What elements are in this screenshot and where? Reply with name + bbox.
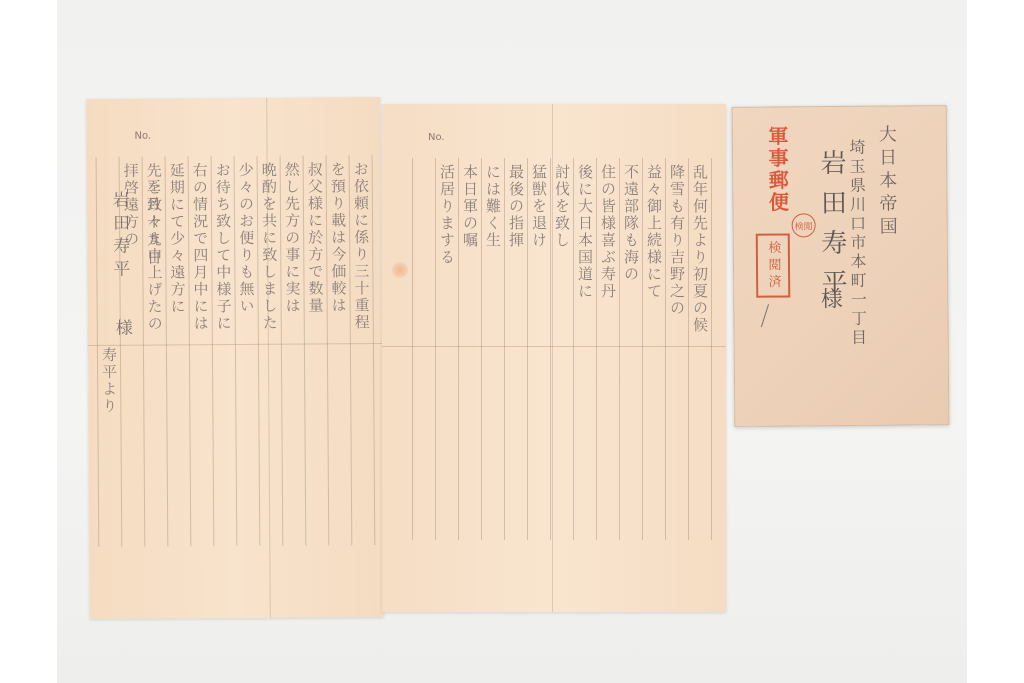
- letter-line: 乱年何先より初夏の候: [691, 164, 709, 334]
- letter-line: 寿平より: [100, 347, 118, 415]
- letter-honorific: 様: [110, 319, 135, 342]
- page-number: No.: [134, 131, 151, 142]
- recipient-honorific: 様: [814, 287, 845, 323]
- page-number: No.: [428, 132, 445, 143]
- letter-line: お待ち致して中様子に: [214, 162, 233, 332]
- pencil-mark: [761, 304, 769, 327]
- letter-line: には難く生: [484, 164, 502, 249]
- letter-line: 右の情況で四月中には: [191, 162, 210, 332]
- censor-stamp: 検閲済: [756, 233, 791, 297]
- letter-line: 住の皆様喜ぶ寿丹: [599, 164, 617, 300]
- paper-stain: [392, 262, 408, 278]
- letter-date: 三月十九日: [143, 179, 164, 269]
- letter-line: 延期にて少々遠方に: [168, 162, 187, 315]
- letter-line: 叔父様に於方で数量: [306, 161, 325, 314]
- military-mail-envelope: 軍事郵便 検閲 検閲済 大日本帝国 埼玉県川口市本町一丁目 岩田寿平 様: [732, 105, 950, 427]
- address-line-1: 大日本帝国: [873, 124, 900, 239]
- letter-line: 不遠部隊も海の: [622, 164, 640, 283]
- letter-line: 討伐を致し: [553, 164, 571, 249]
- letter-line: 後に大日本国道に: [576, 164, 594, 300]
- letter-line: 降雪も有り吉野之の: [668, 164, 686, 317]
- letter-recipient: 岩田寿平: [107, 191, 133, 283]
- letter-line: 最後の指揮: [507, 164, 525, 249]
- letter-line: を預り載は今価較は: [329, 161, 348, 314]
- round-censor-seal: 検閲: [792, 213, 816, 237]
- letter-sheet-right: No. 乱年何先より初夏の候 降雪も有り吉野之の 益々御上続様にて 不遠部隊も海…: [382, 104, 726, 612]
- letter-line: 猛獣を退け: [530, 164, 548, 249]
- ruled-columns: お依頼に係り三十重程 を預り載は今価較は 叔父様に於方で数量 然し先方の事に実は…: [96, 155, 376, 547]
- letter-line: お依頼に係り三十重程: [352, 161, 371, 331]
- letter-line: 然し先方の事に実は: [283, 162, 302, 315]
- letter-line: 益々御上続様にて: [645, 164, 663, 300]
- letter-line: 活居りまする: [438, 164, 456, 266]
- letter-line: 晩酌を共に致しました: [260, 162, 279, 332]
- military-mail-mark: 軍事郵便: [763, 125, 793, 213]
- letter-line: 少々のお便りも無い: [237, 162, 256, 315]
- ruled-columns: 乱年何先より初夏の候 降雪も有り吉野之の 益々御上続様にて 不遠部隊も海の 住の…: [412, 158, 712, 540]
- recipient-name: 岩田寿平: [813, 149, 851, 309]
- letter-line: 本日軍の嘱: [461, 164, 479, 249]
- letter-sheet-left: No. お依頼に係り三十重程 を預り載は今価較は 叔父様に於方で数量 然し先方の…: [86, 97, 384, 619]
